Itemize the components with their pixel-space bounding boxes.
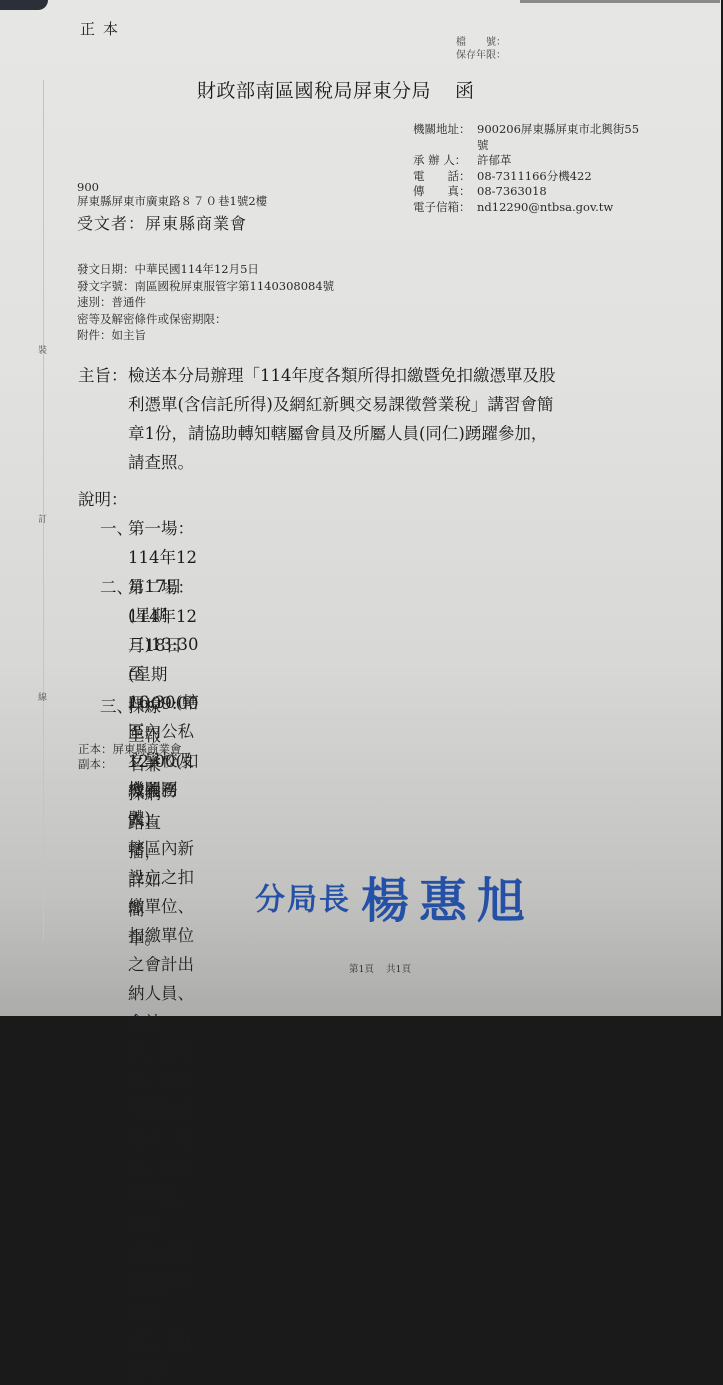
description-label: 說明： bbox=[78, 486, 128, 510]
fax-label: 傳 真： bbox=[413, 184, 477, 200]
total-pages: 共1頁 bbox=[386, 964, 411, 975]
handler-value: 許郁革 bbox=[477, 153, 512, 169]
email-label: 電子信箱： bbox=[413, 200, 477, 216]
handler-label: 承 辦 人： bbox=[413, 153, 477, 169]
subject-line: 檢送本分局辦理「114年度各類所得扣繳暨免扣繳憑單及股 bbox=[128, 361, 556, 390]
signatory-name: 楊惠旭 bbox=[361, 873, 535, 929]
document-title: 財政部南區國稅局屏東分局函 bbox=[197, 76, 475, 103]
document-kind: 函 bbox=[455, 80, 475, 102]
delivery-speed: 速別：普通件 bbox=[77, 294, 334, 311]
address-row: 機關地址： 900206屏東縣屏東市北興街55 bbox=[413, 122, 639, 138]
copy-type-label: 正本 bbox=[80, 18, 126, 39]
security-level: 密等及解密條件或保密期限： bbox=[77, 311, 334, 328]
original-recipient: 正本：屏東縣商業會 bbox=[78, 742, 182, 757]
subject-line: 請查照。 bbox=[128, 448, 556, 477]
recipient-name: 屏東縣商業會 bbox=[145, 214, 247, 233]
address-label: 機關地址： bbox=[413, 122, 477, 138]
item-line: 採線上報名兼採網路直播，詳如簡章。 bbox=[128, 692, 161, 953]
handler-row: 承 辦 人： 許郁革 bbox=[413, 153, 639, 169]
retention-label: 保存年限： bbox=[456, 49, 506, 62]
photo-edge-shadow bbox=[520, 0, 720, 3]
attachment: 附件：如主旨 bbox=[77, 327, 334, 344]
photo-corner-shadow bbox=[0, 0, 48, 10]
file-number-label: 檔 號： bbox=[456, 36, 506, 49]
agency-name: 財政部南區國稅局屏東分局 bbox=[197, 80, 431, 102]
subject-line: 章1份，請協助轉知轄屬會員及所屬人員(同仁)踴躍參加， bbox=[128, 419, 556, 448]
issue-date: 發文日期：中華民國114年12月5日 bbox=[77, 261, 334, 278]
phone-row: 電 話： 08-7311166分機422 bbox=[413, 169, 639, 185]
distribution-list: 正本：屏東縣商業會 副本： bbox=[78, 742, 182, 772]
street-prefix: 屏東縣屏東市廣東路 bbox=[77, 194, 181, 208]
street-suffix: 巷1號2樓 bbox=[218, 194, 267, 208]
recipient-postcode: 900 bbox=[77, 180, 267, 194]
binding-line bbox=[43, 80, 44, 940]
current-page: 第1頁 bbox=[349, 964, 374, 975]
fax-value: 08-7363018 bbox=[477, 184, 547, 200]
recipient-street: 屏東縣屏東市廣東路８７０巷1號2樓 bbox=[77, 194, 267, 208]
binding-mark-xian: 線 bbox=[38, 690, 47, 703]
recipient-label: 受文者： bbox=[77, 214, 145, 233]
page-indicator: 第1頁共1頁 bbox=[349, 961, 411, 975]
binding-mark-ding: 訂 bbox=[38, 512, 47, 525]
subject-label: 主旨： bbox=[78, 361, 128, 390]
address-continuation: 號 bbox=[413, 138, 639, 154]
street-number: ８７０ bbox=[181, 194, 219, 208]
signatory-title: 分局長 bbox=[255, 883, 351, 918]
address-value: 900206屏東縣屏東市北興街55 bbox=[477, 122, 639, 138]
contact-block: 機關地址： 900206屏東縣屏東市北興街55 號 承 辦 人： 許郁革 電 話… bbox=[413, 122, 639, 215]
item-body: 採線上報名兼採網路直播，詳如簡章。 bbox=[128, 692, 161, 953]
binding-mark-zhuang: 裝 bbox=[38, 343, 47, 356]
subject-line: 利憑單(含信託所得)及網紅新興交易課徵營業稅」講習會簡 bbox=[128, 390, 556, 419]
signature-stamp: 分局長楊惠旭 bbox=[255, 862, 535, 931]
email-value: nd12290@ntbsa.gov.tw bbox=[477, 200, 613, 216]
recipient-address: 900 屏東縣屏東市廣東路８７０巷1號2樓 bbox=[77, 180, 267, 208]
phone-value: 08-7311166分機422 bbox=[477, 169, 592, 185]
email-row: 電子信箱： nd12290@ntbsa.gov.tw bbox=[413, 200, 639, 216]
copy-recipient: 副本： bbox=[78, 757, 182, 772]
phone-label: 電 話： bbox=[413, 169, 477, 185]
document-number: 發文字號：南區國稅屏東服管字第1140308084號 bbox=[77, 278, 334, 295]
file-meta: 檔 號： 保存年限： bbox=[456, 36, 506, 62]
official-letter-page: 正本 檔 號： 保存年限： 財政部南區國稅局屏東分局函 機關地址： 900206… bbox=[0, 0, 721, 1016]
recipient-line: 受文者：屏東縣商業會 bbox=[77, 211, 247, 234]
fax-row: 傳 真： 08-7363018 bbox=[413, 184, 639, 200]
subject-body: 檢送本分局辦理「114年度各類所得扣繳暨免扣繳憑單及股 利憑單(含信託所得)及網… bbox=[128, 361, 556, 477]
document-meta: 發文日期：中華民國114年12月5日 發文字號：南區國稅屏東服管字第114030… bbox=[77, 261, 334, 344]
